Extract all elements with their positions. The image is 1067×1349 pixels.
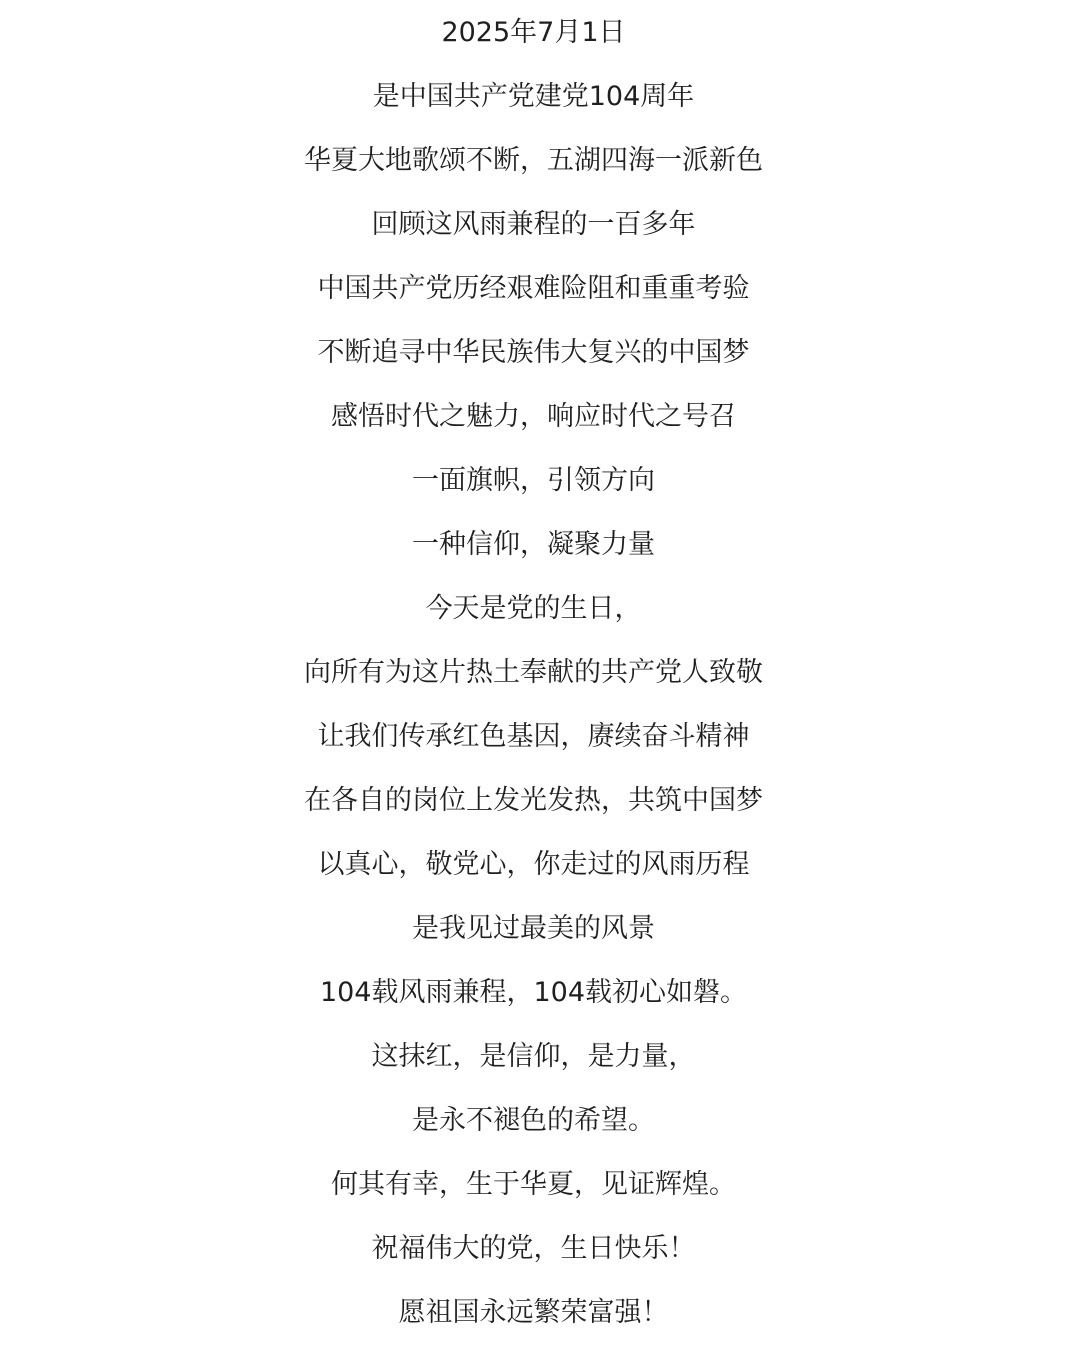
poem-line: 感悟时代之魅力，响应时代之号召 xyxy=(0,385,1067,449)
poem-line: 是中国共产党建党104周年 xyxy=(0,65,1067,129)
poem-line: 一种信仰，凝聚力量 xyxy=(0,513,1067,577)
article-body: 2025年7月1日 是中国共产党建党104周年 华夏大地歌颂不断，五湖四海一派新… xyxy=(0,0,1067,1345)
poem-line: 中国共产党历经艰难险阻和重重考验 xyxy=(0,257,1067,321)
poem-line: 今天是党的生日， xyxy=(0,577,1067,641)
poem-line: 是永不褪色的希望。 xyxy=(0,1089,1067,1153)
poem-line: 回顾这风雨兼程的一百多年 xyxy=(0,193,1067,257)
poem-line: 华夏大地歌颂不断，五湖四海一派新色 xyxy=(0,129,1067,193)
poem-line: 不断追寻中华民族伟大复兴的中国梦 xyxy=(0,321,1067,385)
poem-line: 一面旗帜，引领方向 xyxy=(0,449,1067,513)
poem-line: 向所有为这片热土奉献的共产党人致敬 xyxy=(0,641,1067,705)
poem-line: 祝福伟大的党，生日快乐！ xyxy=(0,1217,1067,1281)
closing-line: 愿祖国永远繁荣富强！ xyxy=(0,1281,1067,1345)
poem-line: 何其有幸，生于华夏，见证辉煌。 xyxy=(0,1153,1067,1217)
date-line: 2025年7月1日 xyxy=(0,1,1067,65)
poem-line: 是我见过最美的风景 xyxy=(0,897,1067,961)
poem-line: 在各自的岗位上发光发热，共筑中国梦 xyxy=(0,769,1067,833)
poem-line: 104载风雨兼程，104载初心如磐。 xyxy=(0,961,1067,1025)
poem-line: 让我们传承红色基因，赓续奋斗精神 xyxy=(0,705,1067,769)
poem-line: 这抹红，是信仰，是力量， xyxy=(0,1025,1067,1089)
poem-line: 以真心，敬党心，你走过的风雨历程 xyxy=(0,833,1067,897)
